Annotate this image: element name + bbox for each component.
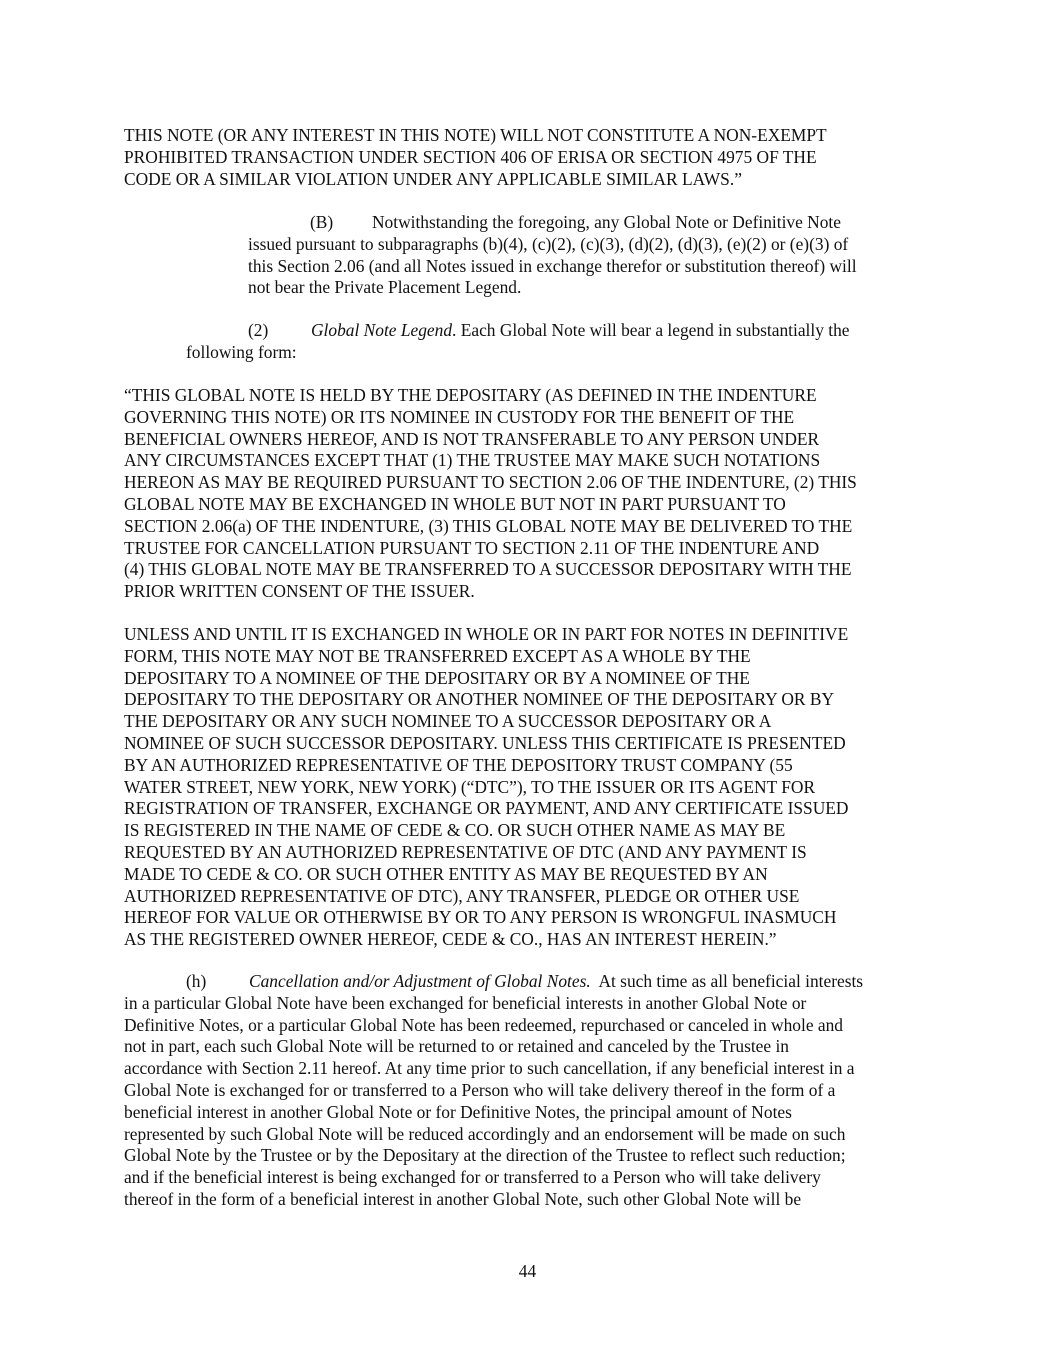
text-line: Definitive Notes, or a particular Global…	[124, 1015, 944, 1037]
text-line: THIS NOTE (OR ANY INTEREST IN THIS NOTE)…	[124, 125, 944, 147]
paragraph-h-label: (h)	[186, 971, 249, 993]
text-line: thereof in the form of a beneficial inte…	[124, 1189, 944, 1211]
global-note-legend-text: “THIS GLOBAL NOTE IS HELD BY THE DEPOSIT…	[124, 385, 944, 603]
paragraph-2-label: (2)	[248, 320, 311, 342]
text-line: PRIOR WRITTEN CONSENT OF THE ISSUER.	[124, 581, 944, 603]
text-line: GLOBAL NOTE MAY BE EXCHANGED IN WHOLE BU…	[124, 494, 944, 516]
paragraph-2-first-text: . Each Global Note will bear a legend in…	[452, 320, 849, 340]
text-line: BENEFICIAL OWNERS HEREOF, AND IS NOT TRA…	[124, 429, 944, 451]
text-line: Global Note by the Trustee or by the Dep…	[124, 1145, 944, 1167]
text-line: Global Note is exchanged for or transfer…	[124, 1080, 944, 1102]
text-line: issued pursuant to subparagraphs (b)(4),…	[248, 234, 928, 256]
text-line: WATER STREET, NEW YORK, NEW YORK) (“DTC”…	[124, 777, 944, 799]
paragraph-h-first-line: (h)Cancellation and/or Adjustment of Glo…	[186, 971, 944, 993]
text-line: TRUSTEE FOR CANCELLATION PURSUANT TO SEC…	[124, 538, 944, 560]
text-line: represented by such Global Note will be …	[124, 1124, 944, 1146]
paragraph-2-global-note-legend: (2)Global Note Legend. Each Global Note …	[186, 320, 1006, 364]
text-line: UNLESS AND UNTIL IT IS EXCHANGED IN WHOL…	[124, 624, 944, 646]
paragraph-b: (B)Notwithstanding the foregoing, any Gl…	[248, 212, 928, 299]
text-line: not in part, each such Global Note will …	[124, 1036, 944, 1058]
paragraph-b-first-line: (B)Notwithstanding the foregoing, any Gl…	[248, 212, 928, 234]
paragraph-2-heading: Global Note Legend	[311, 320, 452, 340]
text-line: PROHIBITED TRANSACTION UNDER SECTION 406…	[124, 147, 944, 169]
text-line: following form:	[186, 342, 1006, 364]
text-line: DEPOSITARY TO THE DEPOSITARY OR ANOTHER …	[124, 689, 944, 711]
text-line: AUTHORIZED REPRESENTATIVE OF DTC), ANY T…	[124, 886, 944, 908]
text-line: this Section 2.06 (and all Notes issued …	[248, 256, 928, 278]
text-line: “THIS GLOBAL NOTE IS HELD BY THE DEPOSIT…	[124, 385, 944, 407]
text-line: CODE OR A SIMILAR VIOLATION UNDER ANY AP…	[124, 169, 944, 191]
text-line: (4) THIS GLOBAL NOTE MAY BE TRANSFERRED …	[124, 559, 944, 581]
text-line: DEPOSITARY TO A NOMINEE OF THE DEPOSITAR…	[124, 668, 944, 690]
text-line: REGISTRATION OF TRANSFER, EXCHANGE OR PA…	[124, 798, 944, 820]
text-line: and if the beneficial interest is being …	[124, 1167, 944, 1189]
dtc-legend-text: UNLESS AND UNTIL IT IS EXCHANGED IN WHOL…	[124, 624, 944, 951]
text-line: accordance with Section 2.11 hereof. At …	[124, 1058, 944, 1080]
text-line: AS THE REGISTERED OWNER HEREOF, CEDE & C…	[124, 929, 944, 951]
text-line: THE DEPOSITARY OR ANY SUCH NOMINEE TO A …	[124, 711, 944, 733]
text-line: HEREON AS MAY BE REQUIRED PURSUANT TO SE…	[124, 472, 944, 494]
paragraph-h-cancellation: (h)Cancellation and/or Adjustment of Glo…	[124, 971, 944, 1211]
paragraph-h-heading: Cancellation and/or Adjustment of Global…	[249, 971, 591, 991]
erisa-legend-continuation: THIS NOTE (OR ANY INTEREST IN THIS NOTE)…	[124, 125, 944, 190]
text-line: FORM, THIS NOTE MAY NOT BE TRANSFERRED E…	[124, 646, 944, 668]
text-line: ANY CIRCUMSTANCES EXCEPT THAT (1) THE TR…	[124, 450, 944, 472]
text-line: BY AN AUTHORIZED REPRESENTATIVE OF THE D…	[124, 755, 944, 777]
paragraph-b-first-text: Notwithstanding the foregoing, any Globa…	[372, 212, 841, 232]
text-line: in a particular Global Note have been ex…	[124, 993, 944, 1015]
text-line: MADE TO CEDE & CO. OR SUCH OTHER ENTITY …	[124, 864, 944, 886]
text-line: GOVERNING THIS NOTE) OR ITS NOMINEE IN C…	[124, 407, 944, 429]
paragraph-b-label: (B)	[310, 212, 372, 234]
text-line: HEREOF FOR VALUE OR OTHERWISE BY OR TO A…	[124, 907, 944, 929]
page-number: 44	[0, 1261, 1055, 1283]
text-line: beneficial interest in another Global No…	[124, 1102, 944, 1124]
text-line: SECTION 2.06(a) OF THE INDENTURE, (3) TH…	[124, 516, 944, 538]
paragraph-h-first-text: At such time as all beneficial interests	[591, 971, 863, 991]
text-line: IS REGISTERED IN THE NAME OF CEDE & CO. …	[124, 820, 944, 842]
text-line: NOMINEE OF SUCH SUCCESSOR DEPOSITARY. UN…	[124, 733, 944, 755]
text-line: REQUESTED BY AN AUTHORIZED REPRESENTATIV…	[124, 842, 944, 864]
document-page: THIS NOTE (OR ANY INTEREST IN THIS NOTE)…	[0, 0, 1055, 1365]
text-line: not bear the Private Placement Legend.	[248, 277, 928, 299]
paragraph-2-first-line: (2)Global Note Legend. Each Global Note …	[248, 320, 1006, 342]
